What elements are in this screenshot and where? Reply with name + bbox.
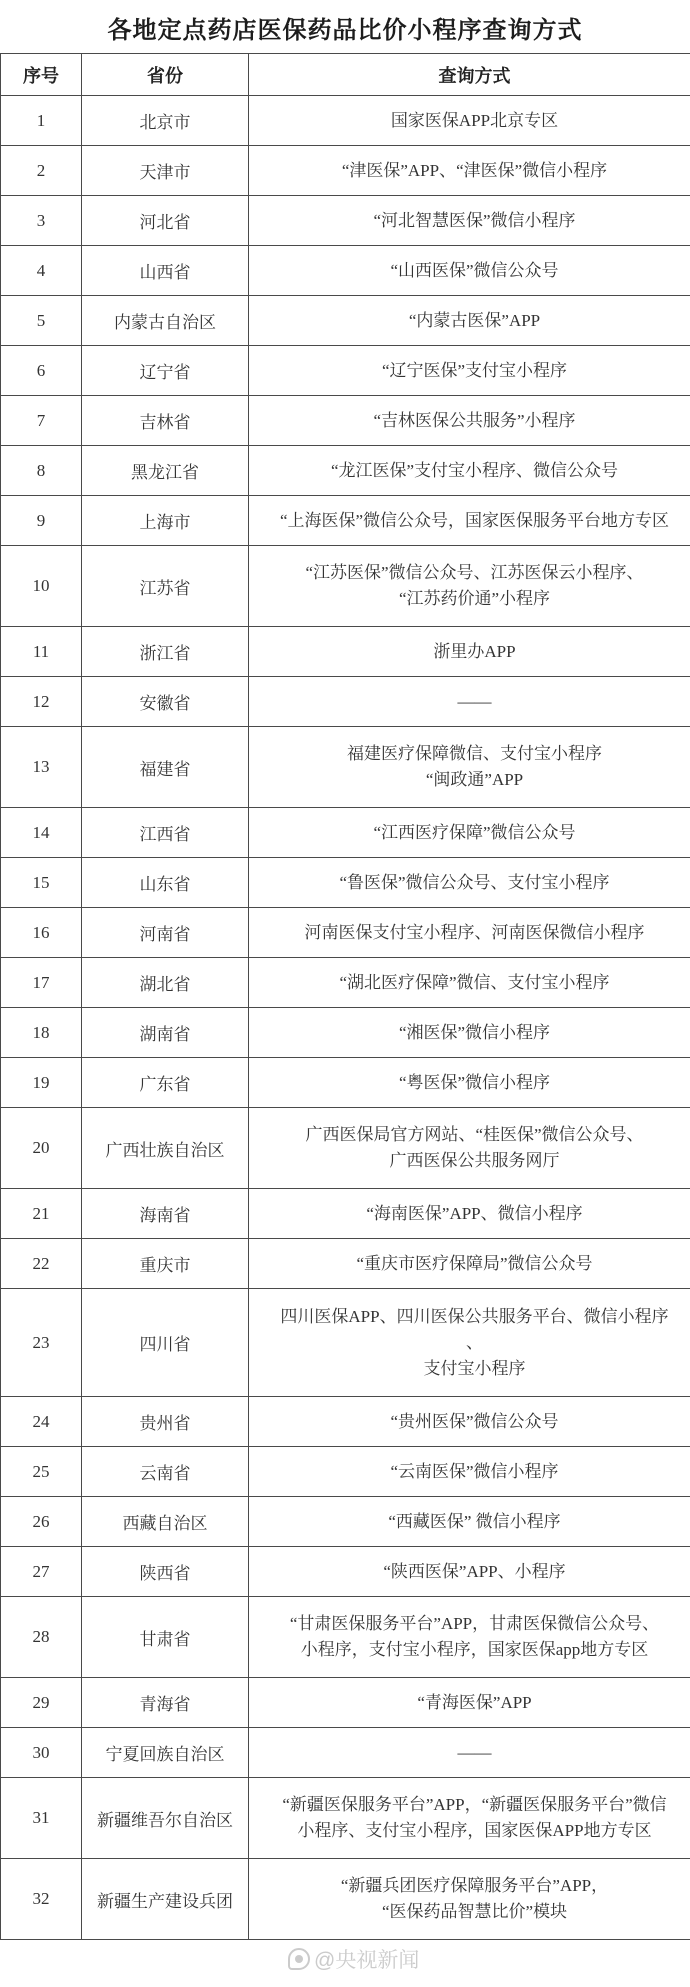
table-row: 7吉林省“吉林医保公共服务”小程序 [1, 396, 690, 446]
query-method-line: 四川医保APP、四川医保公共服务平台、微信小程序 [253, 1304, 690, 1330]
query-method-line: “西藏医保” 微信小程序 [253, 1509, 690, 1535]
province-cell: 青海省 [82, 1678, 249, 1728]
query-method-line: 、 [253, 1330, 690, 1356]
query-method-line: —— [253, 1740, 690, 1766]
row-number-cell: 11 [1, 627, 82, 677]
query-method-cell: “甘肃医保服务平台”APP，甘肃医保微信公众号、小程序，支付宝小程序，国家医保a… [249, 1597, 690, 1678]
province-cell: 湖南省 [82, 1008, 249, 1058]
row-number-cell: 14 [1, 808, 82, 858]
query-method-cell: “吉林医保公共服务”小程序 [249, 396, 690, 446]
query-method-line: “吉林医保公共服务”小程序 [253, 408, 690, 434]
query-method-cell: “山西医保”微信公众号 [249, 246, 690, 296]
row-number-cell: 7 [1, 396, 82, 446]
query-method-line: 河南医保支付宝小程序、河南医保微信小程序 [253, 920, 690, 946]
query-method-cell: —— [249, 1728, 690, 1778]
query-method-cell: “海南医保”APP、微信小程序 [249, 1189, 690, 1239]
row-number-cell: 25 [1, 1447, 82, 1497]
row-number-cell: 17 [1, 958, 82, 1008]
price-query-table: 序号 省份 查询方式 1北京市国家医保APP北京专区2天津市“津医保”APP、“… [0, 53, 690, 1940]
table-row: 11浙江省浙里办APP [1, 627, 690, 677]
table-row: 8黑龙江省“龙江医保”支付宝小程序、微信公众号 [1, 446, 690, 496]
row-number-cell: 29 [1, 1678, 82, 1728]
table-row: 32新疆生产建设兵团“新疆兵团医疗保障服务平台”APP，“医保药品智慧比价”模块 [1, 1859, 690, 1940]
query-method-cell: —— [249, 677, 690, 727]
table-row: 4山西省“山西医保”微信公众号 [1, 246, 690, 296]
query-method-cell: “新疆兵团医疗保障服务平台”APP，“医保药品智慧比价”模块 [249, 1859, 690, 1940]
query-method-cell: 国家医保APP北京专区 [249, 96, 690, 146]
query-method-line: “津医保”APP、“津医保”微信小程序 [253, 158, 690, 184]
province-cell: 西藏自治区 [82, 1497, 249, 1547]
query-method-line: “湘医保”微信小程序 [253, 1020, 690, 1046]
query-method-line: “河北智慧医保”微信小程序 [253, 208, 690, 234]
row-number-cell: 27 [1, 1547, 82, 1597]
province-cell: 辽宁省 [82, 346, 249, 396]
row-number-cell: 1 [1, 96, 82, 146]
row-number-cell: 5 [1, 296, 82, 346]
row-number-cell: 28 [1, 1597, 82, 1678]
province-cell: 山东省 [82, 858, 249, 908]
query-method-cell: “湖北医疗保障”微信、支付宝小程序 [249, 958, 690, 1008]
table-row: 10江苏省“江苏医保”微信公众号、江苏医保云小程序、“江苏药价通”小程序 [1, 546, 690, 627]
query-method-cell: “龙江医保”支付宝小程序、微信公众号 [249, 446, 690, 496]
query-method-cell: “上海医保”微信公众号，国家医保服务平台地方专区 [249, 496, 690, 546]
query-method-line: “江西医疗保障”微信公众号 [253, 820, 690, 846]
query-method-cell: “江苏医保”微信公众号、江苏医保云小程序、“江苏药价通”小程序 [249, 546, 690, 627]
province-cell: 海南省 [82, 1189, 249, 1239]
table-row: 23四川省四川医保APP、四川医保公共服务平台、微信小程序、支付宝小程序 [1, 1289, 690, 1397]
row-number-cell: 12 [1, 677, 82, 727]
table-row: 17湖北省“湖北医疗保障”微信、支付宝小程序 [1, 958, 690, 1008]
province-cell: 新疆维吾尔自治区 [82, 1778, 249, 1859]
query-method-line: “辽宁医保”支付宝小程序 [253, 358, 690, 384]
province-cell: 宁夏回族自治区 [82, 1728, 249, 1778]
province-cell: 四川省 [82, 1289, 249, 1397]
query-method-line: “粤医保”微信小程序 [253, 1070, 690, 1096]
query-method-cell: “辽宁医保”支付宝小程序 [249, 346, 690, 396]
query-method-cell: 四川医保APP、四川医保公共服务平台、微信小程序、支付宝小程序 [249, 1289, 690, 1397]
query-method-cell: “贵州医保”微信公众号 [249, 1397, 690, 1447]
table-row: 21海南省“海南医保”APP、微信小程序 [1, 1189, 690, 1239]
row-number-cell: 4 [1, 246, 82, 296]
province-cell: 上海市 [82, 496, 249, 546]
row-number-cell: 8 [1, 446, 82, 496]
table-row: 6辽宁省“辽宁医保”支付宝小程序 [1, 346, 690, 396]
watermark: @央视新闻 [288, 1944, 419, 1974]
province-cell: 云南省 [82, 1447, 249, 1497]
row-number-cell: 31 [1, 1778, 82, 1859]
query-method-cell: 浙里办APP [249, 627, 690, 677]
province-cell: 福建省 [82, 727, 249, 808]
query-method-cell: “青海医保”APP [249, 1678, 690, 1728]
table-row: 12安徽省—— [1, 677, 690, 727]
table-row: 19广东省“粤医保”微信小程序 [1, 1058, 690, 1108]
table-row: 20广西壮族自治区广西医保局官方网站、“桂医保”微信公众号、广西医保公共服务网厅 [1, 1108, 690, 1189]
row-number-cell: 9 [1, 496, 82, 546]
table-row: 29青海省“青海医保”APP [1, 1678, 690, 1728]
table-row: 31新疆维吾尔自治区“新疆医保服务平台”APP，“新疆医保服务平台”微信小程序、… [1, 1778, 690, 1859]
row-number-cell: 10 [1, 546, 82, 627]
table-row: 22重庆市“重庆市医疗保障局”微信公众号 [1, 1239, 690, 1289]
header-row: 序号 省份 查询方式 [1, 54, 690, 96]
province-cell: 山西省 [82, 246, 249, 296]
query-method-line: “湖北医疗保障”微信、支付宝小程序 [253, 970, 690, 996]
table-row: 1北京市国家医保APP北京专区 [1, 96, 690, 146]
row-number-cell: 30 [1, 1728, 82, 1778]
query-method-line: 浙里办APP [253, 639, 690, 665]
query-method-cell: 广西医保局官方网站、“桂医保”微信公众号、广西医保公共服务网厅 [249, 1108, 690, 1189]
query-method-cell: “江西医疗保障”微信公众号 [249, 808, 690, 858]
row-number-cell: 15 [1, 858, 82, 908]
province-cell: 江苏省 [82, 546, 249, 627]
query-method-line: “上海医保”微信公众号，国家医保服务平台地方专区 [253, 508, 690, 534]
province-cell: 江西省 [82, 808, 249, 858]
province-cell: 北京市 [82, 96, 249, 146]
row-number-cell: 22 [1, 1239, 82, 1289]
query-method-line: 国家医保APP北京专区 [253, 108, 690, 134]
query-method-cell: “内蒙古医保”APP [249, 296, 690, 346]
province-cell: 河北省 [82, 196, 249, 246]
table-row: 16河南省河南医保支付宝小程序、河南医保微信小程序 [1, 908, 690, 958]
table-row: 18湖南省“湘医保”微信小程序 [1, 1008, 690, 1058]
query-method-line: “新疆兵团医疗保障服务平台”APP， [253, 1873, 690, 1899]
query-method-line: 广西医保公共服务网厅 [253, 1148, 690, 1174]
query-method-cell: “津医保”APP、“津医保”微信小程序 [249, 146, 690, 196]
province-cell: 广东省 [82, 1058, 249, 1108]
province-cell: 重庆市 [82, 1239, 249, 1289]
province-cell: 新疆生产建设兵团 [82, 1859, 249, 1940]
table-row: 3河北省“河北智慧医保”微信小程序 [1, 196, 690, 246]
query-method-cell: “新疆医保服务平台”APP，“新疆医保服务平台”微信小程序、支付宝小程序，国家医… [249, 1778, 690, 1859]
row-number-cell: 13 [1, 727, 82, 808]
query-method-line: “江苏医保”微信公众号、江苏医保云小程序、 [253, 560, 690, 586]
query-method-line: “青海医保”APP [253, 1690, 690, 1716]
table-row: 30宁夏回族自治区—— [1, 1728, 690, 1778]
header-method: 查询方式 [249, 54, 690, 96]
row-number-cell: 23 [1, 1289, 82, 1397]
weibo-icon [288, 1948, 310, 1970]
table-row: 13福建省福建医疗保障微信、支付宝小程序“闽政通”APP [1, 727, 690, 808]
table-row: 14江西省“江西医疗保障”微信公众号 [1, 808, 690, 858]
query-method-cell: “河北智慧医保”微信小程序 [249, 196, 690, 246]
query-method-cell: “陕西医保”APP、小程序 [249, 1547, 690, 1597]
province-cell: 湖北省 [82, 958, 249, 1008]
query-method-line: “贵州医保”微信公众号 [253, 1409, 690, 1435]
table-row: 25云南省“云南医保”微信小程序 [1, 1447, 690, 1497]
row-number-cell: 32 [1, 1859, 82, 1940]
header-no: 序号 [1, 54, 82, 96]
row-number-cell: 6 [1, 346, 82, 396]
row-number-cell: 16 [1, 908, 82, 958]
table-row: 24贵州省“贵州医保”微信公众号 [1, 1397, 690, 1447]
province-cell: 内蒙古自治区 [82, 296, 249, 346]
query-method-line: “海南医保”APP、微信小程序 [253, 1201, 690, 1227]
query-method-line: “江苏药价通”小程序 [253, 586, 690, 612]
province-cell: 安徽省 [82, 677, 249, 727]
query-method-line: “医保药品智慧比价”模块 [253, 1899, 690, 1925]
province-cell: 河南省 [82, 908, 249, 958]
query-method-line: “山西医保”微信公众号 [253, 258, 690, 284]
query-method-line: “闽政通”APP [253, 767, 690, 793]
query-method-cell: “西藏医保” 微信小程序 [249, 1497, 690, 1547]
watermark-handle: @央视新闻 [314, 1944, 419, 1974]
page-title: 各地定点药店医保药品比价小程序查询方式 [0, 0, 690, 53]
query-method-line: “内蒙古医保”APP [253, 308, 690, 334]
row-number-cell: 18 [1, 1008, 82, 1058]
province-cell: 黑龙江省 [82, 446, 249, 496]
table-row: 5内蒙古自治区“内蒙古医保”APP [1, 296, 690, 346]
row-number-cell: 3 [1, 196, 82, 246]
row-number-cell: 20 [1, 1108, 82, 1189]
row-number-cell: 24 [1, 1397, 82, 1447]
table-row: 27陕西省“陕西医保”APP、小程序 [1, 1547, 690, 1597]
query-method-cell: “粤医保”微信小程序 [249, 1058, 690, 1108]
query-method-line: “重庆市医疗保障局”微信公众号 [253, 1251, 690, 1277]
query-method-cell: 福建医疗保障微信、支付宝小程序“闽政通”APP [249, 727, 690, 808]
table-row: 15山东省“鲁医保”微信公众号、支付宝小程序 [1, 858, 690, 908]
table-row: 28甘肃省“甘肃医保服务平台”APP，甘肃医保微信公众号、小程序，支付宝小程序，… [1, 1597, 690, 1678]
province-cell: 吉林省 [82, 396, 249, 446]
query-method-line: 支付宝小程序 [253, 1356, 690, 1382]
province-cell: 甘肃省 [82, 1597, 249, 1678]
page: 各地定点药店医保药品比价小程序查询方式 序号 省份 查询方式 1北京市国家医保A… [0, 0, 690, 1987]
province-cell: 浙江省 [82, 627, 249, 677]
province-cell: 广西壮族自治区 [82, 1108, 249, 1189]
query-method-line: “龙江医保”支付宝小程序、微信公众号 [253, 458, 690, 484]
table-row: 9上海市“上海医保”微信公众号，国家医保服务平台地方专区 [1, 496, 690, 546]
table-row: 2天津市“津医保”APP、“津医保”微信小程序 [1, 146, 690, 196]
query-method-line: “鲁医保”微信公众号、支付宝小程序 [253, 870, 690, 896]
query-method-cell: “鲁医保”微信公众号、支付宝小程序 [249, 858, 690, 908]
row-number-cell: 21 [1, 1189, 82, 1239]
query-method-cell: “云南医保”微信小程序 [249, 1447, 690, 1497]
province-cell: 贵州省 [82, 1397, 249, 1447]
table-row: 26西藏自治区“西藏医保” 微信小程序 [1, 1497, 690, 1547]
query-method-cell: “重庆市医疗保障局”微信公众号 [249, 1239, 690, 1289]
row-number-cell: 26 [1, 1497, 82, 1547]
province-cell: 陕西省 [82, 1547, 249, 1597]
query-method-line: “新疆医保服务平台”APP，“新疆医保服务平台”微信 [253, 1792, 690, 1818]
query-method-line: 广西医保局官方网站、“桂医保”微信公众号、 [253, 1122, 690, 1148]
query-method-line: —— [253, 689, 690, 715]
province-cell: 天津市 [82, 146, 249, 196]
query-method-line: “甘肃医保服务平台”APP，甘肃医保微信公众号、 [253, 1611, 690, 1637]
query-method-line: 小程序，支付宝小程序，国家医保app地方专区 [253, 1637, 690, 1663]
query-method-line: 福建医疗保障微信、支付宝小程序 [253, 741, 690, 767]
query-method-line: 小程序、支付宝小程序，国家医保APP地方专区 [253, 1818, 690, 1844]
row-number-cell: 19 [1, 1058, 82, 1108]
row-number-cell: 2 [1, 146, 82, 196]
header-province: 省份 [82, 54, 249, 96]
query-method-cell: 河南医保支付宝小程序、河南医保微信小程序 [249, 908, 690, 958]
query-method-cell: “湘医保”微信小程序 [249, 1008, 690, 1058]
query-method-line: “云南医保”微信小程序 [253, 1459, 690, 1485]
query-method-line: “陕西医保”APP、小程序 [253, 1559, 690, 1585]
